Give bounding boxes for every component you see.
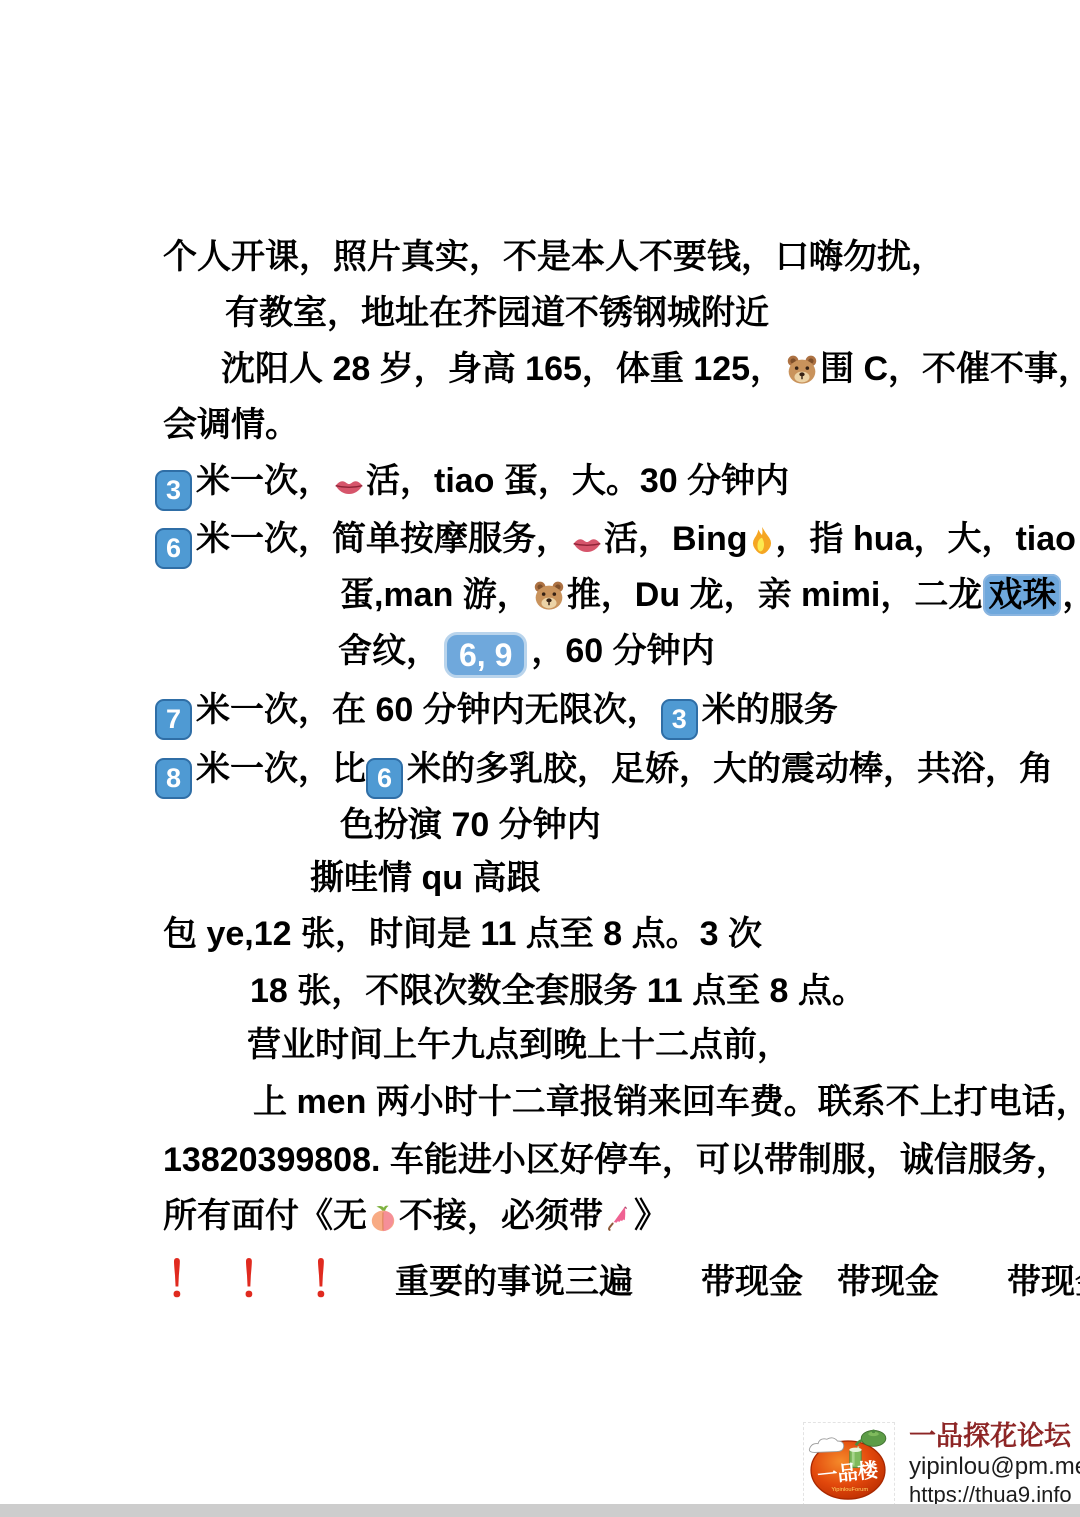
bear-emoji [786, 346, 818, 392]
logo-subtext: YipinlouForum [831, 1487, 868, 1493]
peach-emoji [369, 1193, 397, 1239]
text-line: 撕哇情 qu 高跟 [310, 855, 540, 901]
text-segment: 活，Bing [604, 520, 748, 558]
document-page: 个人开课，照片真实，不是本人不要钱，口嗨勿扰，有教室，地址在芥园道不锈钢城附近沈… [0, 0, 1080, 1517]
text-line: 舍纹，6, 9，60 分钟内 [338, 628, 715, 678]
text-segment: ，60 分钟内 [531, 632, 714, 670]
red-exclamations: ！！！ [165, 1254, 381, 1307]
text-segment: 不接，必须带 [399, 1197, 603, 1235]
text-segment: 》 [634, 1197, 668, 1235]
text-segment: 会调情。 [163, 406, 299, 444]
forum-watermark: 一品楼 YipinlouForum 一品探花论坛 yipinlou@pm.me … [803, 1420, 1080, 1508]
text-segment: 米一次，在 60 分钟内无限次， [196, 691, 661, 729]
text-segment: 有教室，地址在芥园道不锈钢城附近 [225, 294, 769, 332]
text-line: 会调情。 [163, 402, 299, 448]
keycap-digit-6: 6 [155, 528, 192, 569]
text-segment: 米一次，简单按摩服务， [196, 520, 570, 558]
text-segment: 沈阳人 28 岁，身高 165，体重 125， [221, 350, 784, 388]
text-segment: 米的多乳胶，足娇，大的震动棒，共浴，角 [407, 750, 1053, 788]
text-line: 个人开课，照片真实，不是本人不要钱，口嗨勿扰， [163, 234, 945, 280]
text-line: 有教室，地址在芥园道不锈钢城附近 [225, 290, 769, 336]
text-segment: 13820399808. 车能进小区好停车，可以带制服，诚信服务， [163, 1141, 1070, 1179]
text-segment: 营业时间上午九点到晚上十二点前， [247, 1026, 791, 1064]
lips-emoji [572, 516, 602, 562]
keycap-digit-7: 7 [155, 699, 192, 740]
text-segment: 米的服务 [702, 691, 838, 729]
text-line: 包 ye,12 张，时间是 11 点至 8 点。3 次 [163, 911, 762, 957]
forum-name: 一品探花论坛 [909, 1420, 1080, 1452]
bear-emoji [533, 572, 565, 618]
text-segment: 个人开课，照片真实，不是本人不要钱，口嗨勿扰， [163, 238, 945, 276]
cloud-graphic [809, 1438, 843, 1453]
text-segment: 米一次，比 [196, 750, 366, 788]
text-line: 3米一次，活，tiao 蛋，大。30 分钟内 [155, 458, 789, 511]
document-body: 个人开课，照片真实，不是本人不要钱，口嗨勿扰，有教室，地址在芥园道不锈钢城附近沈… [0, 0, 1080, 1517]
umbrella-emoji [605, 1193, 632, 1239]
text-segment: 舍纹， [338, 632, 440, 670]
text-line: 18 张，不限次数全套服务 11 点至 8 点。 [250, 968, 866, 1014]
keycap-digit-3: 3 [661, 699, 698, 740]
text-line: 13820399808. 车能进小区好停车，可以带制服，诚信服务， [163, 1137, 1070, 1183]
text-segment: 蛋,man 游， [340, 576, 531, 614]
text-segment: 米一次， [196, 462, 332, 500]
yipinlou-logo: 一品楼 YipinlouForum [803, 1422, 895, 1506]
text-segment: ， [1062, 576, 1080, 614]
text-line: 6米一次，简单按摩服务，活，Bing，指 hua，大，tiao [155, 516, 1076, 569]
text-segment: 围 C，不催不事， [820, 350, 1080, 388]
fire-emoji [750, 516, 774, 562]
text-line: 7米一次，在 60 分钟内无限次，3米的服务 [155, 687, 838, 740]
lips-emoji [334, 458, 364, 504]
text-segment: 所有面付《无 [163, 1197, 367, 1235]
text-line: 所有面付《无不接，必须带》 [163, 1193, 668, 1239]
text-segment: ，指 hua，大，tiao [776, 520, 1076, 558]
forum-email: yipinlou@pm.me [909, 1452, 1080, 1481]
text-segment: 色扮演 70 分钟内 [340, 806, 601, 844]
yipinlou-logo-graphic: 一品楼 YipinlouForum [804, 1423, 892, 1503]
text-segment: 撕哇情 qu 高跟 [310, 859, 540, 897]
text-line: 8米一次，比6米的多乳胶，足娇，大的震动棒，共浴，角 [155, 746, 1053, 799]
text-line: 沈阳人 28 岁，身高 165，体重 125，围 C，不催不事， [221, 346, 1080, 392]
page-bottom-edge [0, 1504, 1080, 1517]
keycap-digit-8: 8 [155, 758, 192, 799]
keycap-digit-3: 3 [155, 470, 192, 511]
text-line: ！！！重要的事说三遍 带现金 带现金 带现金 [165, 1258, 1080, 1305]
text-line: 色扮演 70 分钟内 [340, 802, 601, 848]
text-line: 营业时间上午九点到晚上十二点前， [247, 1022, 791, 1068]
text-segment: 18 张，不限次数全套服务 11 点至 8 点。 [250, 972, 866, 1010]
text-segment: 活，tiao 蛋，大。30 分钟内 [366, 462, 789, 500]
text-segment: 推，Du 龙，亲 mimi，二龙 [567, 576, 983, 614]
text-segment: 包 ye,12 张，时间是 11 点至 8 点。3 次 [163, 915, 762, 953]
keycap-digit-6: 6 [366, 758, 403, 799]
text-segment: 上 men 两小时十二章报销来回车费。联系不上打电话， [253, 1083, 1080, 1121]
text-line: 上 men 两小时十二章报销来回车费。联系不上打电话， [253, 1079, 1080, 1125]
text-line: 蛋,man 游，推，Du 龙，亲 mimi，二龙戏珠， [340, 572, 1080, 618]
highlight-pill: 6, 9 [444, 632, 527, 678]
highlighted-text: 戏珠 [983, 574, 1061, 616]
forum-contact-block: 一品探花论坛 yipinlou@pm.me https://thua9.info [909, 1420, 1080, 1508]
text-segment: 重要的事说三遍 带现金 带现金 带现金 [395, 1263, 1080, 1301]
